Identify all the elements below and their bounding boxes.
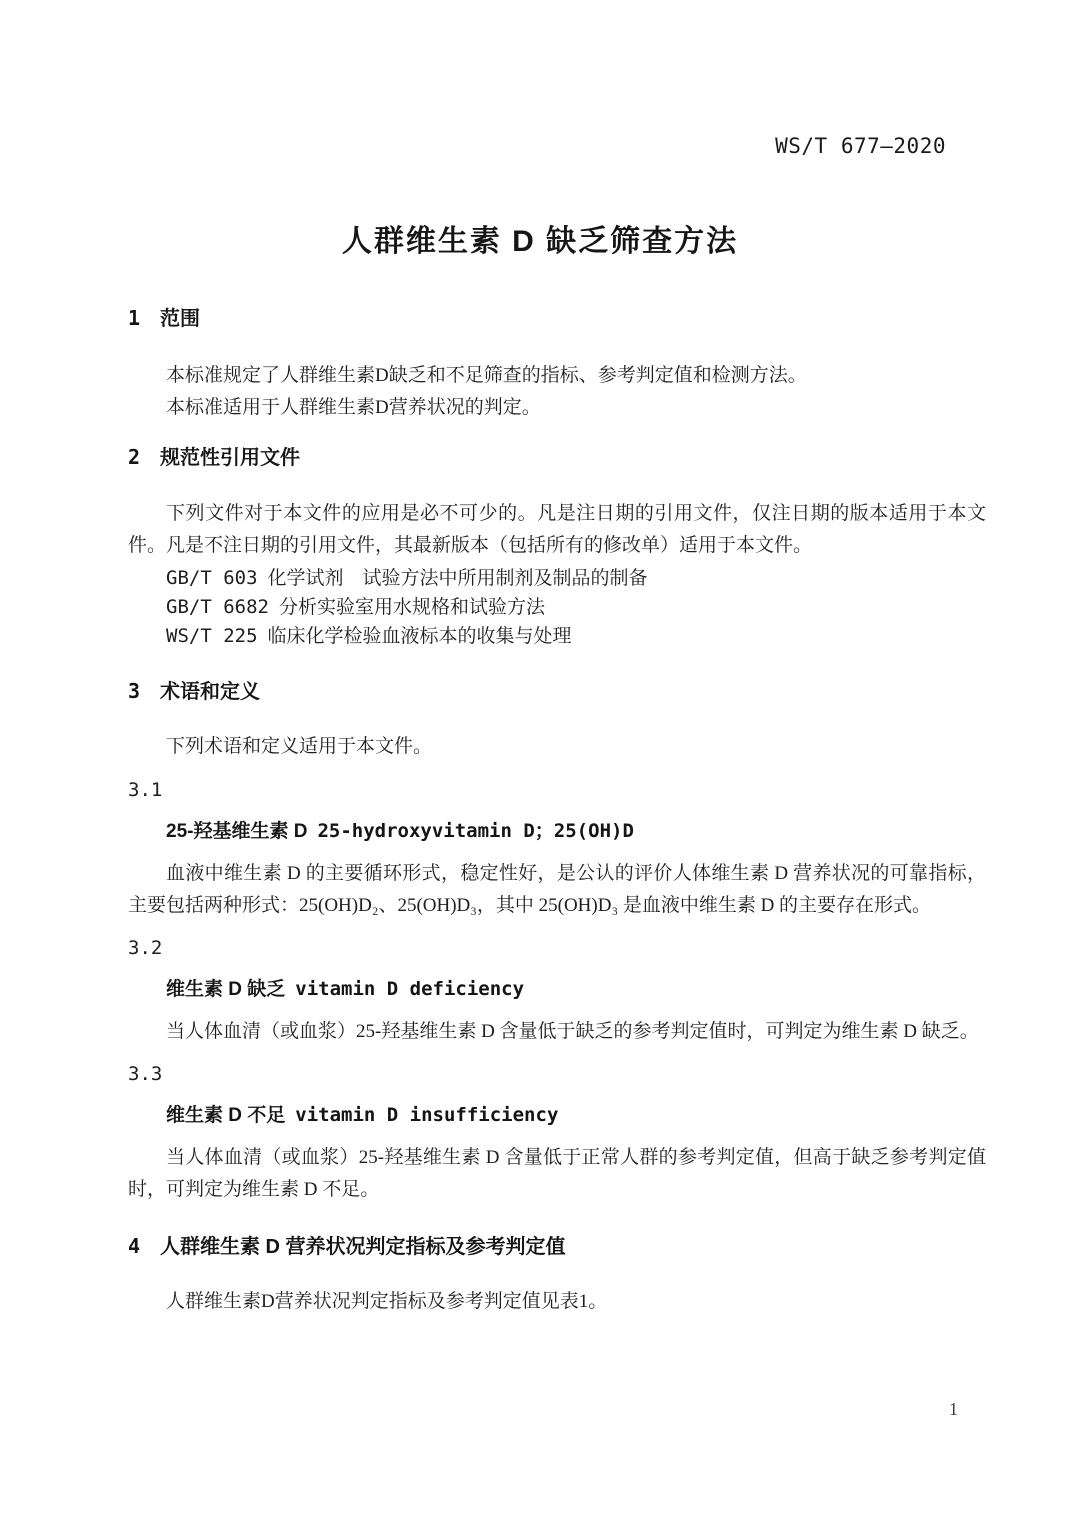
- section-1-heading: 1范围: [128, 306, 986, 331]
- section-4-number: 4: [128, 1234, 160, 1258]
- section-1-paragraph-1: 本标准规定了人群维生素D缺乏和不足筛查的指标、参考判定值和检测方法。: [128, 360, 986, 392]
- term-3-zh: 维生素 D 不足: [166, 1105, 285, 1126]
- section-4-label: 人群维生素 D 营养状况判定指标及参考判定值: [160, 1236, 566, 1258]
- term-2-definition: 当人体血清（或血浆）25-羟基维生素 D 含量低于缺乏的参考判定值时，可判定为维…: [128, 1016, 986, 1048]
- term-2-en: vitamin D deficiency: [295, 978, 524, 1000]
- section-3-label: 术语和定义: [160, 681, 260, 703]
- term-1-heading: 25-羟基维生素 D25-hydroxyvitamin D；25(OH)D: [128, 819, 986, 844]
- term-3-id: 3.3: [128, 1062, 986, 1086]
- section-2-number: 2: [128, 445, 160, 469]
- reference-code: WS/T 225: [166, 625, 258, 647]
- reference-title: 分析实验室用水规格和试验方法: [279, 597, 545, 618]
- reference-title: 化学试剂 试验方法中所用制剂及制品的制备: [268, 568, 648, 589]
- document-page: WS/T 677—2020 人群维生素 D 缺乏筛查方法 1范围 本标准规定了人…: [0, 0, 1080, 1526]
- page-number: 1: [949, 1399, 958, 1420]
- reference-code: GB/T 603: [166, 567, 258, 589]
- section-3-heading: 3术语和定义: [128, 679, 986, 704]
- term-1-definition: 血液中维生素 D 的主要循环形式，稳定性好，是公认的评价人体维生素 D 营养状况…: [128, 858, 986, 922]
- section-3-number: 3: [128, 679, 160, 703]
- term-1-id: 3.1: [128, 778, 986, 802]
- term-2-heading: 维生素 D 缺乏vitamin D deficiency: [128, 977, 986, 1002]
- term-2-zh: 维生素 D 缺乏: [166, 979, 285, 1000]
- term-2-id: 3.2: [128, 936, 986, 960]
- section-4-heading: 4人群维生素 D 营养状况判定指标及参考判定值: [128, 1234, 986, 1259]
- section-1-number: 1: [128, 306, 160, 330]
- term-3-definition: 当人体血清（或血浆）25-羟基维生素 D 含量低于正常人群的参考判定值，但高于缺…: [128, 1142, 986, 1206]
- reference-item: GB/T 603化学试剂 试验方法中所用制剂及制品的制备: [128, 564, 986, 593]
- reference-item: WS/T 225临床化学检验血液标本的收集与处理: [128, 622, 986, 651]
- section-3-intro: 下列术语和定义适用于本文件。: [128, 731, 986, 763]
- term-3-en: vitamin D insufficiency: [295, 1104, 558, 1126]
- section-4-paragraph: 人群维生素D营养状况判定指标及参考判定值见表1。: [128, 1286, 986, 1318]
- term-1-zh: 25-羟基维生素 D: [166, 821, 307, 842]
- section-2-label: 规范性引用文件: [160, 447, 300, 469]
- document-body: 1范围 本标准规定了人群维生素D缺乏和不足筛查的指标、参考判定值和检测方法。 本…: [128, 0, 986, 1318]
- reference-list: GB/T 603化学试剂 试验方法中所用制剂及制品的制备 GB/T 6682分析…: [128, 564, 986, 651]
- reference-title: 临床化学检验血液标本的收集与处理: [268, 626, 572, 647]
- section-2-heading: 2规范性引用文件: [128, 445, 986, 470]
- section-2-paragraph: 下列文件对于本文件的应用是必不可少的。凡是注日期的引用文件，仅注日期的版本适用于…: [128, 498, 986, 562]
- term-1-en: 25-hydroxyvitamin D；25(OH)D: [317, 820, 633, 842]
- section-1-label: 范围: [160, 308, 200, 330]
- term-3-heading: 维生素 D 不足vitamin D insufficiency: [128, 1103, 986, 1128]
- reference-item: GB/T 6682分析实验室用水规格和试验方法: [128, 593, 986, 622]
- section-1-paragraph-2: 本标准适用于人群维生素D营养状况的判定。: [128, 392, 986, 424]
- reference-code: GB/T 6682: [166, 596, 269, 618]
